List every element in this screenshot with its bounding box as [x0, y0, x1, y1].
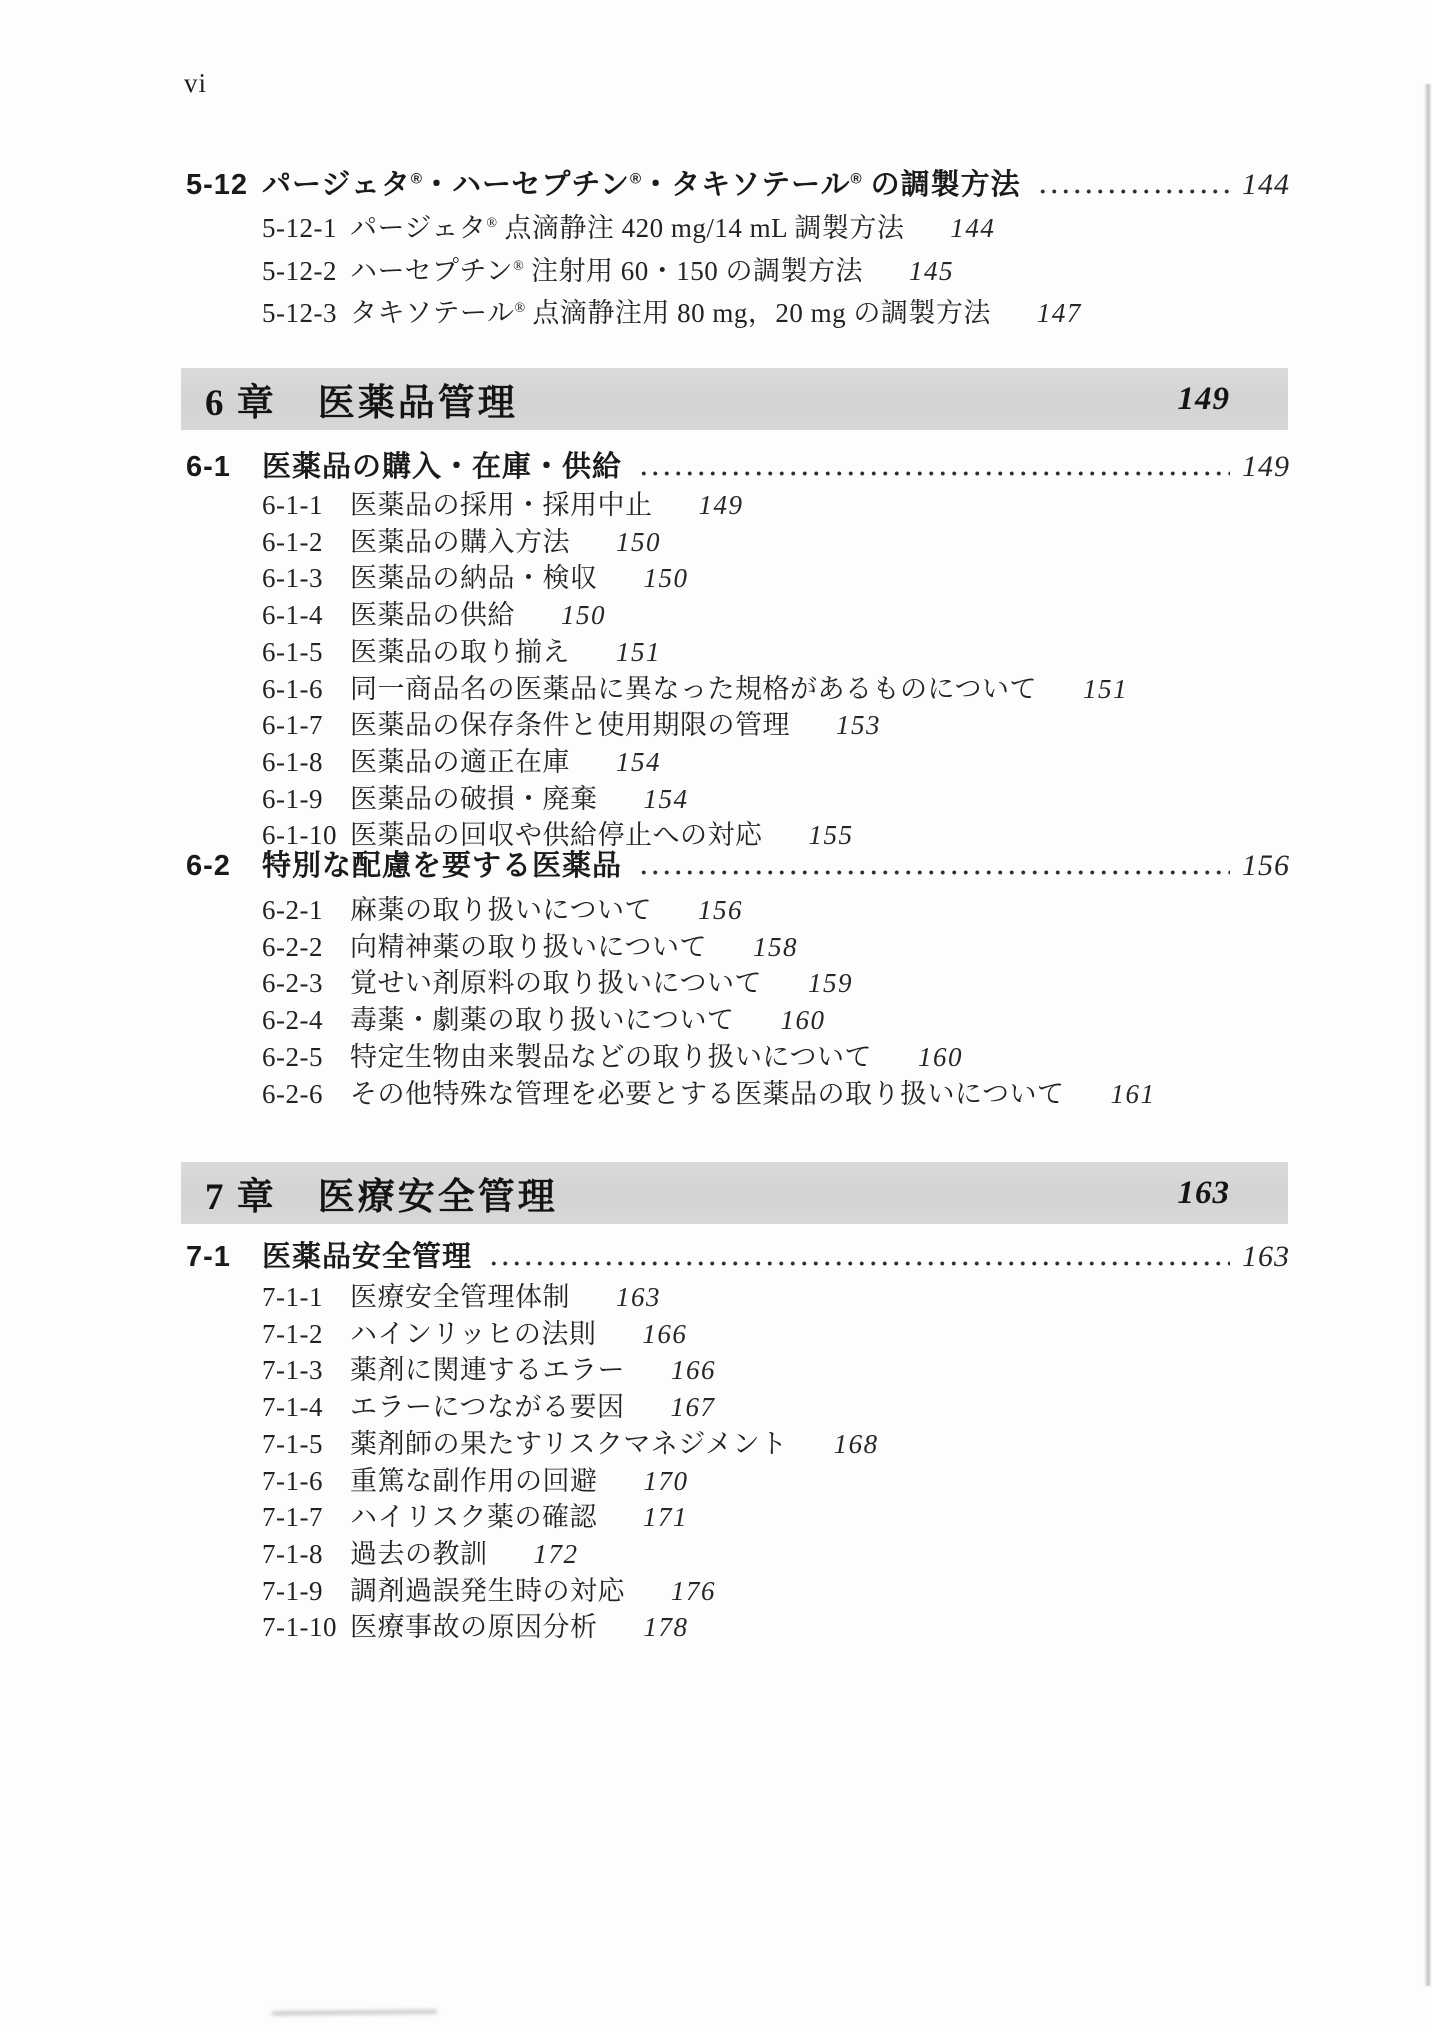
subentry-number: 7-1-6 [262, 1463, 342, 1500]
dot-leader [1037, 188, 1230, 195]
toc-subentry-row: 7-1-4 エラーにつながる要因 167 [262, 1389, 1290, 1426]
subentry-number: 6-1-1 [262, 487, 342, 524]
subentry-number: 6-2-6 [262, 1076, 342, 1113]
toc-subentry-row: 5-12-3 タキソテール® 点滴静注用 80 mg，20 mg の調製方法 1… [262, 292, 1290, 335]
subentry-page-number: 171 [643, 1499, 688, 1536]
section-number: 5-12 [186, 163, 262, 207]
chapter-page-number: 163 [1178, 1175, 1231, 1212]
toc-subentry-row: 6-1-7 医薬品の保存条件と使用期限の管理 153 [262, 707, 1290, 744]
subentry-number: 6-1-5 [262, 634, 342, 671]
subentry-number: 7-1-10 [262, 1609, 342, 1646]
subentry-page-number: 154 [616, 744, 661, 781]
chapter-number: 6 章 [205, 372, 276, 426]
dot-leader [488, 1260, 1230, 1267]
toc-sublist-6-2: 6-2-1 麻薬の取り扱いについて 156 6-2-2 向精神薬の取り扱いについ… [186, 892, 1290, 1112]
subentry-title: エラーにつながる要因 [350, 1389, 624, 1426]
subentry-number: 5-12-2 [262, 250, 342, 293]
toc-subentry-row: 6-1-6 同一商品名の医薬品に異なった規格があるものについて 151 [262, 671, 1290, 708]
section-title: パージェタ®・ハーセプチン®・タキソテール® の調製方法 [262, 163, 1021, 207]
subentry-title: 薬剤師の果たすリスクマネジメント [350, 1426, 788, 1463]
subentry-title: ハーセプチン® 注射用 60・150 の調製方法 [350, 250, 863, 293]
subentry-title: タキソテール® 点滴静注用 80 mg，20 mg の調製方法 [350, 292, 991, 335]
folio-page-number: vi [184, 68, 207, 99]
subentry-number: 7-1-4 [262, 1389, 342, 1426]
subentry-title: 麻薬の取り扱いについて [350, 892, 652, 929]
subentry-page-number: 166 [642, 1316, 687, 1353]
subentry-page-number: 158 [753, 929, 798, 966]
section-page-number: 144 [1242, 163, 1290, 207]
toc-sublist-6-1: 6-1-1 医薬品の採用・採用中止 149 6-1-2 医薬品の購入方法 150… [186, 487, 1290, 854]
subentry-page-number: 150 [644, 560, 689, 597]
toc-subentry-row: 6-2-5 特定生物由来製品などの取り扱いについて 160 [262, 1039, 1290, 1076]
toc-subentry-row: 7-1-6 重篤な副作用の回避 170 [262, 1463, 1290, 1500]
subentry-title: 医薬品の納品・検収 [350, 560, 598, 597]
toc-subentry-row: 7-1-10 医療事故の原因分析 178 [262, 1609, 1290, 1646]
section-title: 医薬品安全管理 [262, 1237, 472, 1277]
subentry-number: 6-1-9 [262, 781, 342, 818]
toc-subentry-row: 6-2-1 麻薬の取り扱いについて 156 [262, 892, 1290, 929]
subentry-page-number: 160 [780, 1002, 825, 1039]
toc-sublist-7-1: 7-1-1 医療安全管理体制 163 7-1-2 ハインリッヒの法則 166 7… [186, 1279, 1290, 1646]
toc-entry-section-7-1: 7-1 医薬品安全管理 163 [186, 1237, 1290, 1277]
subentry-title: ハインリッヒの法則 [350, 1316, 596, 1353]
toc-sublist-5-12: 5-12-1 パージェタ® 点滴静注 420 mg/14 mL 調製方法 144… [186, 207, 1290, 335]
subentry-page-number: 159 [808, 965, 853, 1002]
subentry-title: ハイリスク薬の確認 [350, 1499, 597, 1536]
section-number: 6-1 [186, 447, 262, 487]
section-page-number: 149 [1242, 447, 1290, 487]
subentry-title: 医薬品の取り揃え [350, 634, 570, 671]
subentry-number: 6-1-3 [262, 560, 342, 597]
subentry-title: 医薬品の採用・採用中止 [350, 487, 653, 524]
subentry-number: 5-12-3 [262, 292, 342, 335]
section-page-number: 156 [1242, 846, 1290, 886]
section-title: 医薬品の購入・在庫・供給 [262, 447, 622, 487]
toc-entry-section-6-1: 6-1 医薬品の購入・在庫・供給 149 [186, 447, 1290, 487]
subentry-number: 6-2-1 [262, 892, 342, 929]
subentry-number: 7-1-8 [262, 1536, 342, 1573]
subentry-page-number: 145 [909, 250, 954, 293]
subentry-page-number: 160 [918, 1039, 963, 1076]
subentry-number: 6-2-5 [262, 1039, 342, 1076]
toc-group-chapter-7: 7-1 医薬品安全管理 163 7-1-1 医療安全管理体制 163 7-1-2… [186, 1237, 1290, 1646]
chapter-number: 7 章 [205, 1166, 276, 1220]
subentry-number: 7-1-3 [262, 1352, 342, 1389]
scan-artifact-bottom-smudge [272, 2009, 437, 2016]
toc-group-chapter-6: 6-1 医薬品の購入・在庫・供給 149 6-1-1 医薬品の採用・採用中止 1… [186, 447, 1290, 1112]
toc-subentry-row: 6-1-2 医薬品の購入方法 150 [262, 524, 1290, 561]
toc-subentry-row: 7-1-7 ハイリスク薬の確認 171 [262, 1499, 1290, 1536]
subentry-number: 6-2-4 [262, 1002, 342, 1039]
toc-subentry-row: 6-1-8 医薬品の適正在庫 154 [262, 744, 1290, 781]
chapter-title: 医薬品管理 [318, 372, 518, 426]
subentry-page-number: 150 [561, 597, 606, 634]
chapter-6-heading: 6 章 医薬品管理 149 [181, 368, 1288, 430]
toc-page: vi 5-12 パージェタ®・ハーセプチン®・タキソテール® の調製方法 144… [0, 0, 1432, 2026]
toc-subentry-row: 7-1-2 ハインリッヒの法則 166 [262, 1316, 1290, 1353]
subentry-number: 6-1-7 [262, 707, 342, 744]
subentry-page-number: 170 [644, 1463, 689, 1500]
subentry-title: 医療安全管理体制 [350, 1279, 570, 1316]
subentry-title: パージェタ® 点滴静注 420 mg/14 mL 調製方法 [350, 207, 904, 250]
subentry-page-number: 151 [616, 634, 661, 671]
subentry-number: 5-12-1 [262, 207, 342, 250]
toc-subentry-row: 7-1-5 薬剤師の果たすリスクマネジメント 168 [262, 1426, 1290, 1463]
subentry-page-number: 168 [834, 1426, 879, 1463]
subentry-page-number: 176 [671, 1573, 716, 1610]
subentry-number: 6-2-2 [262, 929, 342, 966]
subentry-title: 医薬品の供給 [350, 597, 515, 634]
toc-subentry-row: 6-2-3 覚せい剤原料の取り扱いについて 159 [262, 965, 1290, 1002]
subentry-page-number: 178 [644, 1609, 689, 1646]
chapter-page-number: 149 [1178, 381, 1231, 418]
subentry-number: 7-1-9 [262, 1573, 342, 1610]
toc-subentry-row: 7-1-9 調剤過誤発生時の対応 176 [262, 1573, 1290, 1610]
toc-subentry-row: 5-12-2 ハーセプチン® 注射用 60・150 の調製方法 145 [262, 250, 1290, 293]
chapter-7-heading: 7 章 医療安全管理 163 [181, 1162, 1288, 1224]
subentry-title: 医薬品の保存条件と使用期限の管理 [350, 707, 790, 744]
subentry-number: 7-1-7 [262, 1499, 342, 1536]
subentry-page-number: 163 [616, 1279, 661, 1316]
subentry-title: 医薬品の破損・廃棄 [350, 781, 598, 818]
toc-subentry-row: 7-1-8 過去の教訓 172 [262, 1536, 1290, 1573]
scan-artifact-right-edge [1424, 84, 1431, 1986]
subentry-title: 医薬品の購入方法 [350, 524, 570, 561]
subentry-title: 特定生物由来製品などの取り扱いについて [350, 1039, 872, 1076]
toc-group-5-12: 5-12 パージェタ®・ハーセプチン®・タキソテール® の調製方法 144 5-… [186, 163, 1290, 335]
subentry-title: 医療事故の原因分析 [350, 1609, 598, 1646]
subentry-title: 毒薬・劇薬の取り扱いについて [350, 1002, 734, 1039]
subentry-page-number: 161 [1110, 1076, 1155, 1113]
subentry-number: 6-1-4 [262, 597, 342, 634]
toc-subentry-row: 6-2-4 毒薬・劇薬の取り扱いについて 160 [262, 1002, 1290, 1039]
toc-subentry-row: 7-1-3 薬剤に関連するエラー 166 [262, 1352, 1290, 1389]
subentry-page-number: 147 [1037, 292, 1082, 335]
toc-subentry-row: 6-1-3 医薬品の納品・検収 150 [262, 560, 1290, 597]
section-number: 6-2 [186, 846, 262, 886]
dot-leader [638, 869, 1230, 876]
subentry-number: 6-1-2 [262, 524, 342, 561]
toc-entry-section-5-12: 5-12 パージェタ®・ハーセプチン®・タキソテール® の調製方法 144 [186, 163, 1290, 207]
subentry-page-number: 172 [534, 1536, 579, 1573]
subentry-title: 同一商品名の医薬品に異なった規格があるものについて [350, 671, 1037, 708]
subentry-title: 重篤な副作用の回避 [350, 1463, 598, 1500]
subentry-page-number: 153 [836, 707, 881, 744]
subentry-page-number: 151 [1083, 671, 1128, 708]
section-number: 7-1 [186, 1237, 262, 1277]
subentry-page-number: 144 [950, 207, 995, 250]
toc-subentry-row: 6-1-9 医薬品の破損・廃棄 154 [262, 781, 1290, 818]
subentry-title: 調剤過誤発生時の対応 [350, 1573, 625, 1610]
subentry-number: 6-2-3 [262, 965, 342, 1002]
subentry-title: 薬剤に関連するエラー [350, 1352, 625, 1389]
toc-subentry-row: 6-2-6 その他特殊な管理を必要とする医薬品の取り扱いについて 161 [262, 1076, 1290, 1113]
subentry-title: 向精神薬の取り扱いについて [350, 929, 707, 966]
subentry-title: 覚せい剤原料の取り扱いについて [350, 965, 762, 1002]
section-page-number: 163 [1242, 1237, 1290, 1277]
subentry-number: 7-1-5 [262, 1426, 342, 1463]
subentry-title: その他特殊な管理を必要とする医薬品の取り扱いについて [350, 1076, 1064, 1113]
subentry-page-number: 166 [671, 1352, 716, 1389]
dot-leader [638, 470, 1230, 477]
subentry-number: 6-1-6 [262, 671, 342, 708]
subentry-number: 7-1-2 [262, 1316, 342, 1353]
toc-subentry-row: 6-2-2 向精神薬の取り扱いについて 158 [262, 929, 1290, 966]
toc-subentry-row: 7-1-1 医療安全管理体制 163 [262, 1279, 1290, 1316]
subentry-page-number: 149 [699, 487, 744, 524]
toc-subentry-row: 6-1-4 医薬品の供給 150 [262, 597, 1290, 634]
subentry-number: 6-1-8 [262, 744, 342, 781]
chapter-title: 医療安全管理 [318, 1166, 558, 1220]
toc-subentry-row: 5-12-1 パージェタ® 点滴静注 420 mg/14 mL 調製方法 144 [262, 207, 1290, 250]
toc-subentry-row: 6-1-1 医薬品の採用・採用中止 149 [262, 487, 1290, 524]
section-title: 特別な配慮を要する医薬品 [262, 846, 622, 886]
subentry-page-number: 154 [644, 781, 689, 818]
toc-subentry-row: 6-1-5 医薬品の取り揃え 151 [262, 634, 1290, 671]
subentry-page-number: 155 [809, 817, 854, 854]
subentry-title: 過去の教訓 [350, 1536, 488, 1573]
subentry-number: 7-1-1 [262, 1279, 342, 1316]
subentry-title: 医薬品の適正在庫 [350, 744, 570, 781]
subentry-page-number: 150 [616, 524, 661, 561]
subentry-page-number: 167 [670, 1389, 715, 1426]
subentry-page-number: 156 [698, 892, 743, 929]
